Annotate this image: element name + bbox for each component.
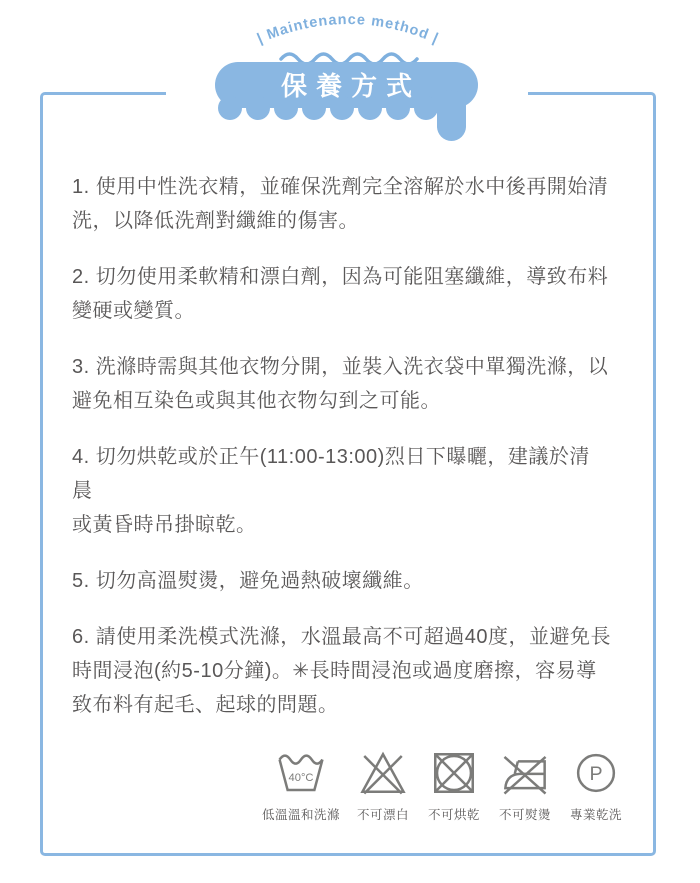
no-tumble-dry-icon <box>429 748 479 798</box>
instruction-item-6: 6. 請使用柔洗模式洗滌，水溫最高不可超過40度，並避免長 時間浸泡(約5-10… <box>72 620 632 722</box>
instruction-item-5: 5. 切勿高溫熨燙，避免過熱破壞纖維。 <box>72 564 632 598</box>
care-icon-label: 專業乾洗 <box>570 805 622 823</box>
instruction-item-2: 2. 切勿使用柔軟精和漂白劑，因為可能阻塞纖維，導致布料 變硬或變質。 <box>72 260 632 328</box>
care-item-wash: 40°C 低溫溫和洗滌 <box>258 748 344 823</box>
care-item-iron: 不可熨燙 <box>493 748 557 823</box>
arc-subtitle-text: | Maintenance method | <box>255 12 441 47</box>
care-item-tumble-dry: 不可烘乾 <box>422 748 486 823</box>
page-title: 保養方式 <box>281 71 421 101</box>
instruction-item-4: 4. 切勿烘乾或於正午(11:00-13:00)烈日下曝曬，建議於清 晨 或黃昏… <box>72 440 632 542</box>
instruction-list: 1. 使用中性洗衣精，並確保洗劑完全溶解於水中後再開始清 洗，以降低洗劑對纖維的… <box>72 170 632 744</box>
instruction-item-3: 3. 洗滌時需與其他衣物分開，並裝入洗衣袋中單獨洗滌，以 避免相互染色或與其他衣… <box>72 350 632 418</box>
dry-clean-icon: P <box>571 748 621 798</box>
no-iron-icon <box>500 748 550 798</box>
care-instructions-page: | Maintenance method | 保養方式 1. 使用中性洗衣精，並… <box>0 0 700 883</box>
care-icon-label: 不可漂白 <box>357 805 409 823</box>
header: | Maintenance method | 保養方式 <box>200 8 500 158</box>
wash-temp-label: 40°C <box>289 772 314 784</box>
wash-40-icon: 40°C <box>276 748 326 798</box>
care-icons-row: 40°C 低溫溫和洗滌 不可漂白 不可烘乾 <box>258 748 628 823</box>
care-icon-label: 不可熨燙 <box>499 805 551 823</box>
no-bleach-icon <box>358 748 408 798</box>
dry-clean-letter: P <box>589 763 602 785</box>
instruction-item-1: 1. 使用中性洗衣精，並確保洗劑完全溶解於水中後再開始清 洗，以降低洗劑對纖維的… <box>72 170 632 238</box>
care-item-dry-clean: P 專業乾洗 <box>564 748 628 823</box>
care-item-bleach: 不可漂白 <box>351 748 415 823</box>
care-icon-label: 不可烘乾 <box>428 805 480 823</box>
care-icon-label: 低溫溫和洗滌 <box>262 805 340 823</box>
blob-drip <box>437 90 466 141</box>
